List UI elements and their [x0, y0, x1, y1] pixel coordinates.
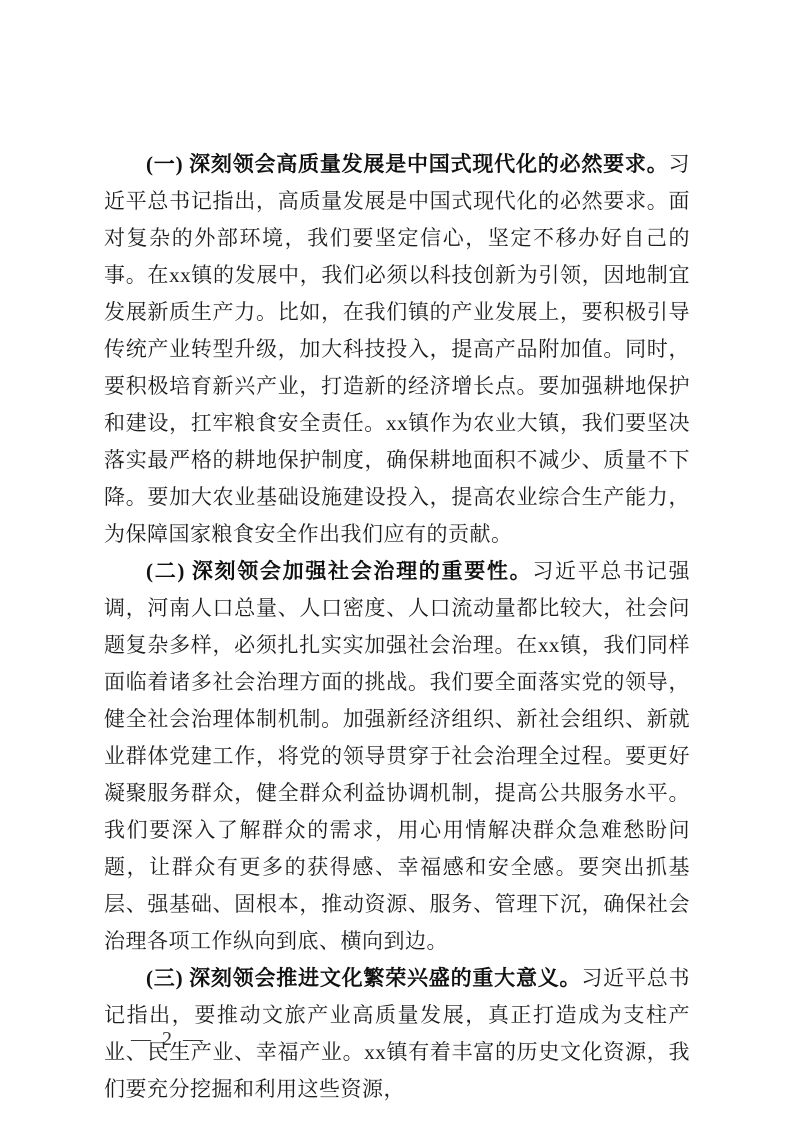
- page-number: — 2 —: [131, 1028, 206, 1051]
- paragraph-heading: (一) 深刻领会高质量发展是中国式现代化的必然要求。: [146, 152, 669, 176]
- paragraph-body: 习近平总书记强调，河南人口总量、人口密度、人口流动量都比较大，社会问题复杂多样，…: [104, 559, 690, 953]
- document-body: (一) 深刻领会高质量发展是中国式现代化的必然要求。习近平总书记指出，高质量发展…: [104, 146, 690, 1108]
- document-page: (一) 深刻领会高质量发展是中国式现代化的必然要求。习近平总书记指出，高质量发展…: [0, 0, 793, 1122]
- paragraph: (一) 深刻领会高质量发展是中国式现代化的必然要求。习近平总书记指出，高质量发展…: [104, 146, 690, 553]
- paragraph-heading: (三) 深刻领会推进文化繁荣兴盛的重大意义。: [146, 966, 581, 990]
- paragraph-heading: (二) 深刻领会加强社会治理的重要性。: [146, 559, 532, 583]
- paragraph: (二) 深刻领会加强社会治理的重要性。习近平总书记强调，河南人口总量、人口密度、…: [104, 553, 690, 960]
- paragraph-body: 习近平总书记指出，高质量发展是中国式现代化的必然要求。面对复杂的外部环境，我们要…: [104, 152, 690, 546]
